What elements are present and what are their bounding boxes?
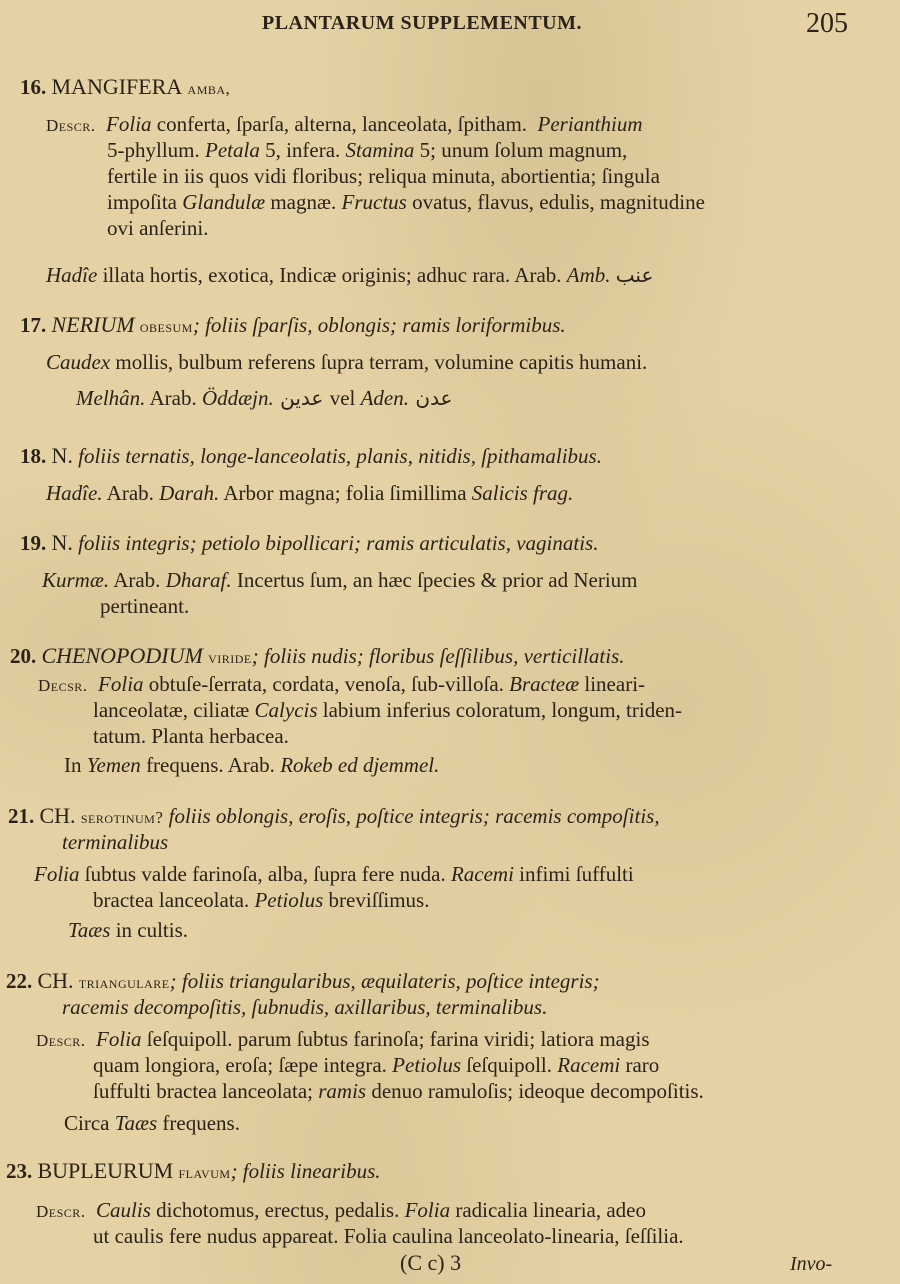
text: Arab. bbox=[103, 481, 160, 505]
locality-line: In Yemen frequens. Arab. Rokeb ed djemme… bbox=[64, 752, 439, 778]
description-line: ſuffulti bractea lanceolata; ramis denuo… bbox=[93, 1078, 704, 1104]
descr-label: Descr. bbox=[36, 1031, 86, 1050]
species-name: serotinum? bbox=[81, 808, 164, 827]
text: In bbox=[64, 753, 87, 777]
term: Rokeb ed djemmel. bbox=[280, 753, 439, 777]
entry-heading: 18. N. foliis ternatis, longe-lanceolati… bbox=[20, 443, 602, 469]
term: Folia bbox=[106, 112, 152, 136]
text: bractea lanceolata. bbox=[93, 888, 254, 912]
descr-label: Decsr. bbox=[38, 676, 88, 695]
entry-heading: 17. NERIUM obesum; foliis ſparſis, oblon… bbox=[20, 312, 566, 340]
diagnosis-continuation: terminalibus bbox=[62, 829, 168, 855]
diagnosis: ; foliis linearibus. bbox=[231, 1159, 381, 1183]
description-line: Decsr. Folia obtuſe-ſerrata, cordata, ve… bbox=[38, 671, 645, 699]
diagnosis: ; foliis triangularibus, æquilateris, po… bbox=[170, 969, 600, 993]
term: Petiolus bbox=[392, 1053, 461, 1077]
description-line: 5-phyllum. Petala 5, infera. Stamina 5; … bbox=[107, 137, 627, 163]
locality-line: Kurmæ. Arab. Dharaf. Incertus ſum, an hæ… bbox=[42, 567, 638, 593]
text: obtuſe-ſerrata, cordata, venoſa, ſub-vil… bbox=[144, 672, 510, 696]
diagnosis: terminalibus bbox=[62, 830, 168, 854]
species-name: flavum bbox=[178, 1163, 230, 1182]
text: in cultis. bbox=[110, 918, 188, 942]
entry-number: 23. bbox=[6, 1159, 32, 1183]
description-line: quam longiora, eroſa; ſæpe integra. Peti… bbox=[93, 1052, 659, 1078]
locality-line: Taæs in cultis. bbox=[68, 917, 188, 943]
term: Dharaf. bbox=[166, 568, 232, 592]
genus-name: NERIUM bbox=[52, 312, 135, 337]
entry-number: 20. bbox=[10, 644, 36, 668]
diagnosis: foliis integris; petiolo bipollicari; ra… bbox=[78, 531, 598, 555]
text: Arbor magna; folia ſimillima bbox=[219, 481, 472, 505]
species-name: obesum bbox=[140, 317, 193, 336]
term: Taæs bbox=[115, 1111, 157, 1135]
species-name: viride bbox=[208, 648, 252, 667]
species-name: amba, bbox=[188, 79, 231, 98]
term: Bracteæ bbox=[509, 672, 579, 696]
text: ſeſquipoll. bbox=[461, 1053, 557, 1077]
descr-label: Descr. bbox=[46, 116, 96, 135]
text: tatum. Planta herbacea. bbox=[93, 724, 289, 748]
diagnosis: ; foliis ſparſis, oblongis; ramis lorifo… bbox=[193, 313, 566, 337]
text: 5-phyllum. bbox=[107, 138, 205, 162]
genus-name: N. bbox=[52, 443, 73, 468]
entry-heading: 21. CH. serotinum? foliis oblongis, eroſ… bbox=[8, 803, 660, 831]
book-page: PLANTARUM SUPPLEMENTUM. 205 16. MANGIFER… bbox=[0, 0, 900, 1284]
running-head: PLANTARUM SUPPLEMENTUM. 205 bbox=[0, 8, 900, 48]
term: Caulis bbox=[96, 1198, 151, 1222]
term: Salicis frag. bbox=[472, 481, 574, 505]
diagnosis: ; foliis nudis; floribus ſeſſilibus, ver… bbox=[252, 644, 625, 668]
term: Aden. bbox=[361, 386, 409, 410]
text: dichotomus, erectus, pedalis. bbox=[151, 1198, 405, 1222]
description-line: Caudex mollis, bulbum referens ſupra ter… bbox=[46, 349, 647, 375]
text: ſuffulti bractea lanceolata; bbox=[93, 1079, 318, 1103]
diagnosis-continuation: racemis decompoſitis, ſubnudis, axillari… bbox=[62, 994, 547, 1020]
term: Hadîe bbox=[46, 263, 97, 287]
locality-line: Melhân. Arab. Öddæjn. عدين vel Aden. عدن bbox=[76, 385, 453, 411]
text: vel bbox=[330, 386, 361, 410]
description-line: ut caulis fere nudus appareat. Folia cau… bbox=[93, 1223, 684, 1249]
catchword: Invo- bbox=[790, 1253, 832, 1276]
text: radicalia linearia, adeo bbox=[450, 1198, 646, 1222]
entry-heading: 19. N. foliis integris; petiolo bipollic… bbox=[20, 530, 598, 556]
text: labium inferius coloratum, longum, tride… bbox=[318, 698, 683, 722]
term: Racemi bbox=[451, 862, 514, 886]
term: Melhân. bbox=[76, 386, 145, 410]
genus-name: CH. bbox=[38, 968, 74, 993]
description-line: ovi anſerini. bbox=[107, 215, 208, 241]
term: Kurmæ. bbox=[42, 568, 109, 592]
term: ramis bbox=[318, 1079, 366, 1103]
description-line: impoſita Glandulæ magnæ. Fructus ovatus,… bbox=[107, 189, 705, 215]
arabic-name: عدين bbox=[274, 386, 330, 410]
entry-number: 22. bbox=[6, 969, 32, 993]
term: Yemen bbox=[87, 753, 141, 777]
text: Circa bbox=[64, 1111, 115, 1135]
term: Hadîe. bbox=[46, 481, 103, 505]
genus-name: CHENOPODIUM bbox=[42, 643, 203, 668]
text: infimi ſuffulti bbox=[514, 862, 634, 886]
page-number: 205 bbox=[806, 8, 848, 40]
text: lineari- bbox=[579, 672, 645, 696]
text: ovi anſerini. bbox=[107, 216, 208, 240]
arabic-name: عنب bbox=[616, 263, 654, 287]
entry-heading: 22. CH. triangulare; foliis triangularib… bbox=[6, 968, 600, 996]
entry-number: 18. bbox=[20, 444, 46, 468]
running-title: PLANTARUM SUPPLEMENTUM. bbox=[262, 12, 582, 35]
term: Fructus bbox=[342, 190, 407, 214]
term: Petiolus bbox=[254, 888, 323, 912]
description-line: Descr. Folia conferta, ſparſa, alterna, … bbox=[46, 111, 892, 139]
text: ſubtus valde farinoſa, alba, ſupra fere … bbox=[80, 862, 451, 886]
description-line: lanceolatæ, ciliatæ Calycis labium infer… bbox=[93, 697, 682, 723]
genus-name: N. bbox=[52, 530, 73, 555]
entry-heading: 16. MANGIFERA amba, bbox=[20, 74, 230, 102]
text: frequens. bbox=[157, 1111, 240, 1135]
text: ovatus, flavus, edulis, magnitudine bbox=[407, 190, 705, 214]
term: Glandulæ bbox=[182, 190, 265, 214]
term: Taæs bbox=[68, 918, 110, 942]
text: fertile in iis quos vidi floribus; reliq… bbox=[107, 164, 660, 188]
description-line: tatum. Planta herbacea. bbox=[93, 723, 289, 749]
description-line: Descr. Folia ſeſquipoll. parum ſubtus fa… bbox=[36, 1026, 650, 1054]
diagnosis: foliis oblongis, eroſis, poſtice integri… bbox=[163, 804, 659, 828]
term: Folia bbox=[96, 1027, 142, 1051]
text: breviſſimus. bbox=[323, 888, 429, 912]
term: Darah. bbox=[159, 481, 219, 505]
description-line: Descr. Caulis dichotomus, erectus, pedal… bbox=[36, 1197, 646, 1225]
entry-heading: 20. CHENOPODIUM viride; foliis nudis; fl… bbox=[10, 643, 625, 671]
text: conferta, ſparſa, alterna, lanceolata, ſ… bbox=[152, 112, 533, 136]
text: 5; unum ſolum magnum, bbox=[414, 138, 627, 162]
arabic-name: عدن bbox=[409, 386, 452, 410]
term: Öddæjn. bbox=[202, 386, 274, 410]
locality-line: Hadîe illata hortis, exotica, Indicæ ori… bbox=[46, 262, 653, 288]
descr-label: Descr. bbox=[36, 1202, 86, 1221]
text: impoſita bbox=[107, 190, 182, 214]
term: Stamina bbox=[346, 138, 415, 162]
term: Racemi bbox=[557, 1053, 620, 1077]
genus-name: CH. bbox=[40, 803, 76, 828]
term: Folia bbox=[34, 862, 80, 886]
locality-line: Circa Taæs frequens. bbox=[64, 1110, 240, 1136]
text: lanceolatæ, ciliatæ bbox=[93, 698, 255, 722]
text: Arab. bbox=[145, 386, 202, 410]
diagnosis: foliis ternatis, longe-lanceolatis, plan… bbox=[78, 444, 602, 468]
text: Arab. bbox=[109, 568, 166, 592]
description-line: pertineant. bbox=[100, 593, 189, 619]
text: quam longiora, eroſa; ſæpe integra. bbox=[93, 1053, 392, 1077]
genus-name: MANGIFERA bbox=[52, 74, 183, 99]
term: Caudex bbox=[46, 350, 110, 374]
diagnosis: racemis decompoſitis, ſubnudis, axillari… bbox=[62, 995, 547, 1019]
term: Petala bbox=[205, 138, 260, 162]
text: Incertus ſum, an hæc ſpecies & prior ad … bbox=[232, 568, 638, 592]
entry-number: 17. bbox=[20, 313, 46, 337]
text: ut caulis fere nudus appareat. Folia cau… bbox=[93, 1224, 684, 1248]
description-line: bractea lanceolata. Petiolus breviſſimus… bbox=[93, 887, 429, 913]
term: Folia bbox=[98, 672, 144, 696]
text: denuo ramuloſis; ideoque decompoſitis. bbox=[366, 1079, 704, 1103]
locality-line: Hadîe. Arab. Darah. Arbor magna; folia ſ… bbox=[46, 480, 573, 506]
term: Calycis bbox=[255, 698, 318, 722]
text: mollis, bulbum referens ſupra terram, vo… bbox=[110, 350, 647, 374]
text: pertineant. bbox=[100, 594, 189, 618]
text: raro bbox=[620, 1053, 659, 1077]
entry-number: 19. bbox=[20, 531, 46, 555]
text: illata hortis, exotica, Indicæ originis;… bbox=[97, 263, 566, 287]
text: frequens. Arab. bbox=[141, 753, 280, 777]
term: Amb. bbox=[567, 263, 611, 287]
text: magnæ. bbox=[265, 190, 341, 214]
description-line: Folia ſubtus valde farinoſa, alba, ſupra… bbox=[34, 861, 634, 887]
entry-number: 21. bbox=[8, 804, 34, 828]
species-name: triangulare bbox=[79, 973, 170, 992]
description-line: fertile in iis quos vidi floribus; reliq… bbox=[107, 163, 660, 189]
signature-mark: (C c) 3 bbox=[400, 1250, 461, 1276]
entry-heading: 23. BUPLEURUM flavum; foliis linearibus. bbox=[6, 1158, 381, 1186]
text: ſeſquipoll. parum ſubtus farinoſa; farin… bbox=[142, 1027, 650, 1051]
term: Folia bbox=[405, 1198, 451, 1222]
genus-name: BUPLEURUM bbox=[38, 1158, 174, 1183]
text: 5, infera. bbox=[260, 138, 346, 162]
entry-number: 16. bbox=[20, 75, 46, 99]
term: Perianthium bbox=[538, 112, 643, 136]
